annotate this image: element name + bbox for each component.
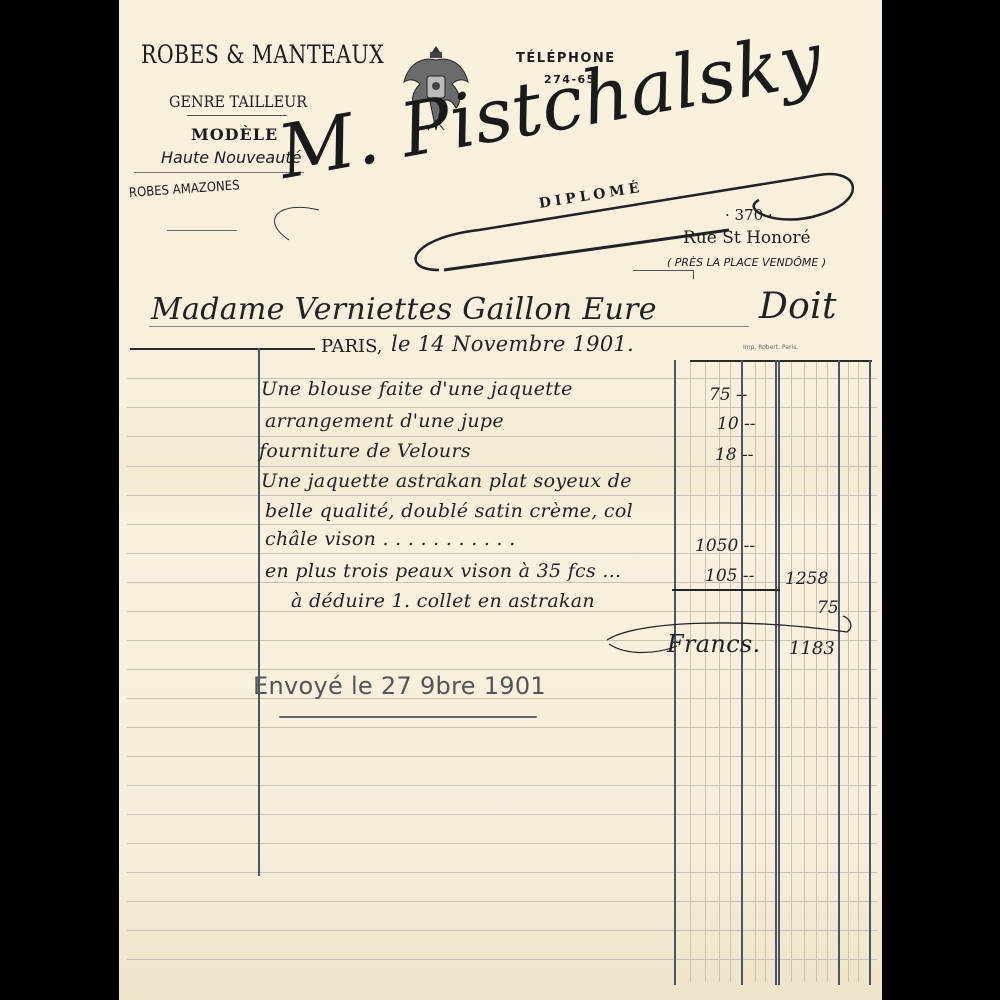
- invoice-paper: ROBES & MANTEAUX GENRE TAILLEUR MODÈLE H…: [119, 0, 882, 1000]
- header-rule-left: [130, 348, 315, 350]
- addressee-underline: [149, 326, 749, 327]
- line-item-amount: 10 --: [717, 414, 756, 434]
- total-amount: 1183: [789, 638, 835, 659]
- subtotal-underline: [672, 589, 780, 591]
- company-title: ROBES & MANTEAUX: [141, 40, 384, 69]
- line-item-description: Une jaquette astrakan plat soyeux de: [261, 470, 632, 492]
- printer-imprint: Imp. Robert. Paris.: [743, 344, 798, 351]
- line-item-description: châle vison . . . . . . . . . . .: [265, 528, 516, 550]
- line-item-amount: 1050 --: [695, 536, 755, 556]
- line-item-description: belle qualité, doublé satin crème, col: [265, 500, 633, 522]
- street-number: · 370 ·: [725, 206, 773, 224]
- company-subtitle-amazones: ROBES AMAZONES: [128, 178, 240, 201]
- ornament-arrow: [633, 270, 694, 279]
- header-rule-right: [690, 360, 872, 362]
- line-item-amount: 75 --: [709, 385, 748, 405]
- total-label: Francs.: [667, 630, 760, 658]
- line-item-description: à déduire 1. collet en astrakan: [291, 590, 595, 612]
- subtotal-amount: 1258: [785, 569, 828, 589]
- line-item-amount: 105 --: [705, 566, 754, 586]
- street-address: Rue St Honoré: [683, 228, 811, 248]
- doit-label: Doit: [759, 286, 837, 327]
- line-item-description: arrangement d'une jupe: [265, 410, 504, 432]
- line-item-description: en plus trois peaux vison à 35 fcs ...: [265, 560, 621, 582]
- line-item-description: Une blouse faite d'une jaquette: [261, 378, 573, 400]
- place-printed: PARIS,: [321, 336, 383, 357]
- payment-note: Envoyé le 27 9bre 1901: [253, 672, 546, 700]
- line-item-amount: 18 --: [715, 445, 754, 465]
- street-note: ( PRÈS LA PLACE VENDÔME ): [667, 256, 826, 269]
- line-item-description: fourniture de Velours: [259, 440, 471, 462]
- payment-note-underline: [279, 716, 537, 718]
- invoice-date: le 14 Novembre 1901.: [391, 332, 634, 356]
- ornament-swirl: [167, 222, 237, 231]
- addressee: Madame Verniettes Gaillon Eure: [151, 292, 657, 327]
